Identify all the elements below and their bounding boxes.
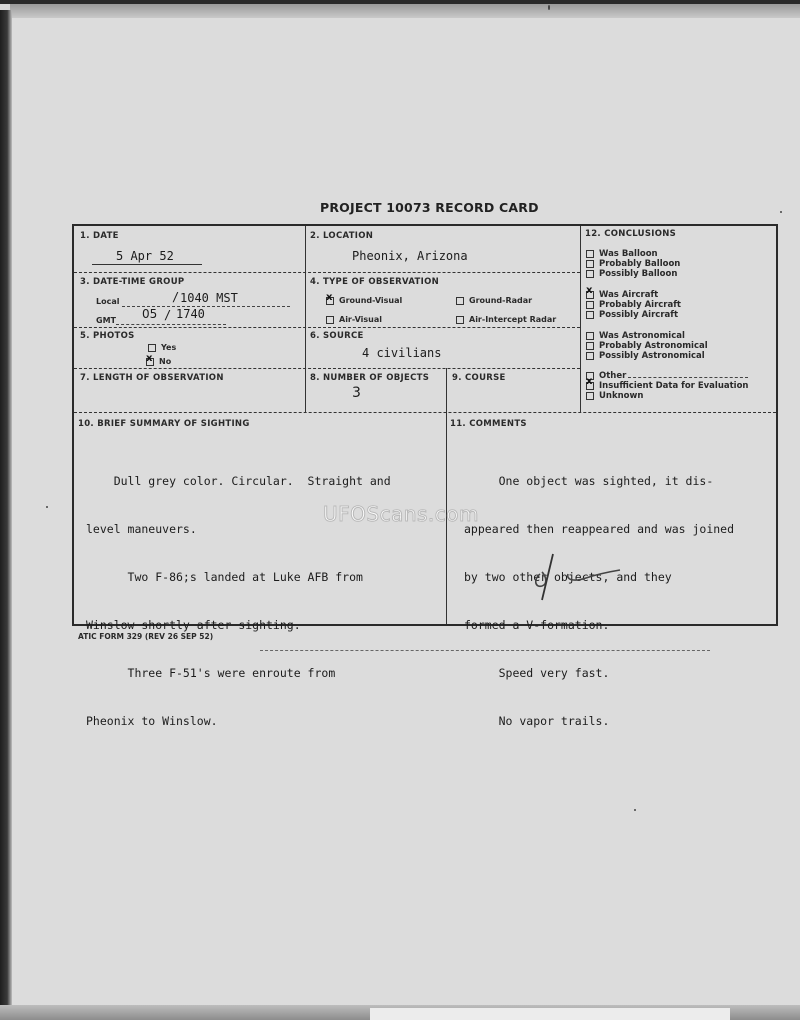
checkbox-icon[interactable] (586, 260, 594, 268)
gmt-value: 1740 (176, 307, 205, 321)
scan-left-edge (0, 10, 12, 1010)
conclusion-probably-astronomical[interactable]: Probably Astronomical (586, 341, 708, 351)
local-time-value: 1040 MST (180, 291, 238, 305)
location-value: Pheonix, Arizona (352, 249, 468, 263)
watermark: UFOScans.com (323, 502, 479, 526)
date-label: 1. DATE (80, 231, 119, 241)
checkbox-icon[interactable] (586, 392, 594, 400)
checkbox-icon[interactable] (586, 352, 594, 360)
conclusion-possibly-astronomical[interactable]: Possibly Astronomical (586, 351, 708, 361)
checkbox-icon[interactable] (586, 342, 594, 350)
conclusions-label: 12. CONCLUSIONS (585, 229, 676, 239)
option-photos-yes[interactable]: Yes (148, 343, 176, 352)
divider (74, 412, 776, 413)
handwritten-initials-icon (528, 548, 628, 608)
divider (580, 226, 581, 412)
conclusion-other[interactable]: Other (586, 371, 749, 381)
conclusions-astronomical-group: Was Astronomical Probably Astronomical P… (586, 331, 708, 361)
checkbox-icon[interactable] (586, 332, 594, 340)
checkbox-icon[interactable] (148, 344, 156, 352)
checkbox-checked-icon[interactable] (586, 291, 594, 299)
checkbox-icon[interactable] (586, 270, 594, 278)
divider (446, 368, 447, 624)
checkbox-icon[interactable] (456, 316, 464, 324)
checkbox-checked-icon[interactable] (326, 297, 334, 305)
option-photos-no[interactable]: No (146, 357, 171, 366)
local-time-label: Local (96, 297, 119, 306)
scan-top-shadow (10, 4, 800, 18)
brief-summary-text: Dull grey color. Circular. Straight and … (86, 441, 391, 745)
checkbox-checked-icon[interactable] (146, 358, 154, 366)
conclusions-aircraft-group: Was Aircraft Probably Aircraft Possibly … (586, 290, 681, 320)
card-title: PROJECT 10073 RECORD CARD (320, 200, 539, 215)
divider (305, 226, 306, 412)
divider (74, 327, 580, 328)
gmt-line (116, 324, 226, 325)
scan-speck (46, 506, 48, 508)
option-ground-radar[interactable]: Ground-Radar (456, 296, 532, 305)
conclusion-insufficient-data[interactable]: Insufficient Data for Evaluation (586, 381, 749, 391)
local-time-slash: / (172, 290, 179, 304)
comments-label: 11. COMMENTS (450, 419, 527, 429)
option-air-intercept-radar[interactable]: Air-Intercept Radar (456, 315, 556, 324)
conclusion-was-aircraft[interactable]: Was Aircraft (586, 290, 681, 300)
conclusion-unknown[interactable]: Unknown (586, 391, 749, 401)
option-ground-visual[interactable]: Ground-Visual (326, 296, 402, 305)
checkbox-icon[interactable] (326, 316, 334, 324)
photos-label: 5. PHOTOS (80, 331, 135, 341)
gmt-label: GMT (96, 316, 116, 325)
option-air-visual[interactable]: Air-Visual (326, 315, 382, 324)
form-id: ATIC FORM 329 (REV 26 SEP 52) (78, 632, 213, 641)
scan-speck (634, 809, 636, 811)
checkbox-icon[interactable] (586, 301, 594, 309)
conclusions-balloon-group: Was Balloon Probably Balloon Possibly Ba… (586, 249, 680, 279)
conclusion-probably-aircraft[interactable]: Probably Aircraft (586, 300, 681, 310)
gmt-slash: / (164, 308, 171, 322)
conclusion-possibly-balloon[interactable]: Possibly Balloon (586, 269, 680, 279)
number-of-objects-value: 3 (352, 385, 361, 401)
scan-speck (780, 211, 782, 213)
checkbox-checked-icon[interactable] (586, 382, 594, 390)
date-value: 5 Apr 52 (116, 249, 174, 263)
scan-bottom-glare (370, 1008, 730, 1020)
number-of-objects-label: 8. NUMBER OF OBJECTS (310, 373, 429, 383)
observation-type-label: 4. TYPE OF OBSERVATION (310, 277, 439, 287)
checkbox-icon[interactable] (586, 311, 594, 319)
checkbox-icon[interactable] (456, 297, 464, 305)
date-time-group-label: 3. DATE-TIME GROUP (80, 277, 184, 287)
length-of-observation-label: 7. LENGTH OF OBSERVATION (80, 373, 224, 383)
gmt-day-value: 05 (142, 307, 157, 321)
brief-summary-label: 10. BRIEF SUMMARY OF SIGHTING (78, 419, 250, 429)
divider (74, 272, 580, 273)
conclusion-was-balloon[interactable]: Was Balloon (586, 249, 680, 259)
divider (74, 368, 580, 369)
checkbox-icon[interactable] (586, 250, 594, 258)
footer-dashed-line (260, 650, 710, 651)
date-underline (92, 264, 202, 265)
conclusion-was-astronomical[interactable]: Was Astronomical (586, 331, 708, 341)
location-label: 2. LOCATION (310, 231, 373, 241)
source-value: 4 civilians (362, 346, 441, 360)
course-label: 9. COURSE (452, 373, 506, 383)
conclusions-other-group: Other Insufficient Data for Evaluation U… (586, 371, 749, 401)
conclusion-probably-balloon[interactable]: Probably Balloon (586, 259, 680, 269)
scan-speck (548, 5, 550, 10)
other-fill-line (628, 377, 748, 378)
source-label: 6. SOURCE (310, 331, 364, 341)
conclusion-possibly-aircraft[interactable]: Possibly Aircraft (586, 310, 681, 320)
